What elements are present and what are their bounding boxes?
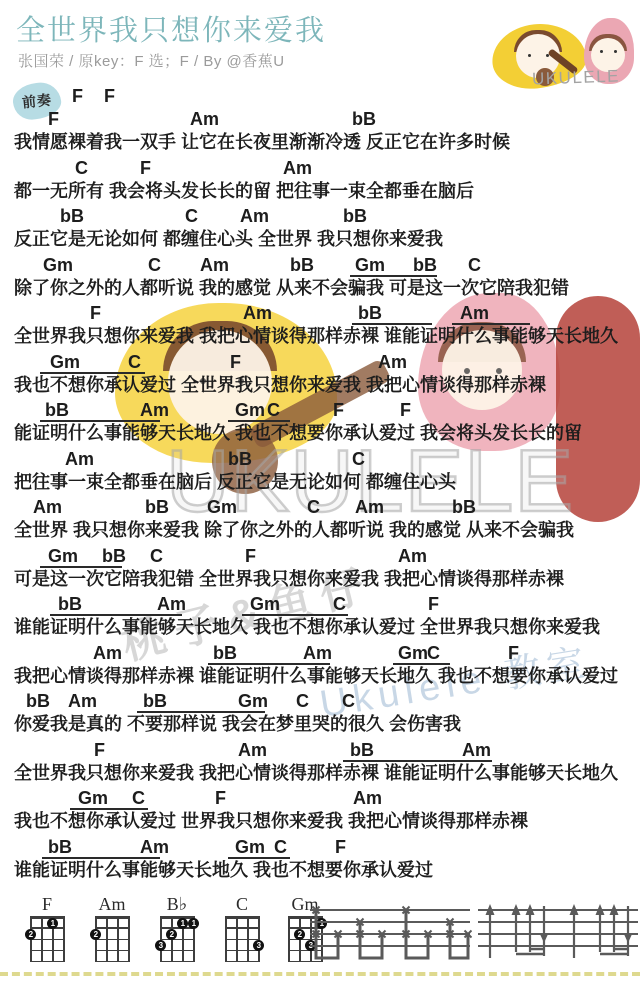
fret-line (95, 950, 129, 952)
chord-label: Gm (238, 690, 268, 712)
chord-label: F (90, 302, 101, 324)
string-line (236, 916, 238, 962)
chord-label: Gm (48, 545, 78, 567)
chord-label: bB (352, 108, 376, 130)
fret-line (225, 927, 259, 929)
chord-label: Am (238, 739, 267, 761)
fret-line (30, 950, 64, 952)
song-line: bBAmGmCF谁能证明什么事能够天长地久 我也不想你承认爱过 全世界我只想你来… (0, 593, 640, 641)
chord-diagram-name: C (225, 894, 259, 915)
chord-label: Gm (235, 399, 265, 421)
song-line: bBAmGmCFF能证明什么事能够天长地久 我也不想要你承认爱过 我会将头发长长… (0, 399, 640, 447)
chord-label: Am (378, 351, 407, 373)
chord-sheet: UKULELE 桃子&鱼仔 Ukulele 教室 全世界我只想你来爱我 张国荣 … (0, 0, 640, 988)
eye-icon (528, 54, 531, 57)
chord-label: Am (460, 302, 489, 324)
fret-line (30, 939, 64, 941)
lyric-line: 我把心情谈得那样赤裸 谁能证明什么事能够天长地久 我也不想要你承认爱过 (14, 664, 618, 689)
chord-label: C (185, 205, 198, 227)
song-line: AmbBGmCAmbB全世界 我只想你来爱我 除了你之外的人都听说 我的感觉 从… (0, 496, 640, 544)
chord-label: F (72, 86, 83, 107)
song-line: FAmbB我情愿裸着我一双手 让它在长夜里渐渐冷透 反正它在许多时候 (0, 108, 640, 156)
fretboard-grid: 12 (30, 916, 64, 962)
chord-label: Am (93, 642, 122, 664)
chord-label: Am (140, 836, 169, 858)
lyric-line: 能证明什么事能够天长地久 我也不想要你承认爱过 我会将头发长长的留 (14, 421, 582, 446)
chord-label: F (104, 86, 115, 107)
string-line (128, 916, 130, 962)
fret-line (225, 916, 259, 919)
fret-line (30, 916, 64, 919)
song-line: FAmbBAm全世界我只想你来爱我 我把心情谈得那样赤裸 谁能证明什么事能够天长… (0, 302, 640, 350)
chord-label: Am (65, 448, 94, 470)
chord-label: F (333, 399, 344, 421)
ukulele-studio-logo: UKULELE (490, 6, 636, 96)
lyric-line: 全世界我只想你来爱我 我把心情谈得那样赤裸 谁能证明什么事能够天长地久 (14, 761, 618, 786)
fret-line (225, 939, 259, 941)
finger-dot: 1 (188, 918, 199, 929)
chord-label: C (75, 157, 88, 179)
chord-label: Gm (398, 642, 428, 664)
lyric-line: 我也不想你承认爱过 全世界我只想你来爱我 我把心情谈得那样赤裸 (14, 373, 546, 398)
chord-label: bB (228, 448, 252, 470)
chord-label: bB (60, 205, 84, 227)
chord-label: F (400, 399, 411, 421)
eye-icon (600, 50, 603, 53)
string-line (258, 916, 260, 962)
song-line: bBAmbBGmCC你爱我是真的 不要那样说 我会在梦里哭的很久 会伤害我 (0, 690, 640, 738)
eye-icon (614, 50, 617, 53)
chord-label: C (150, 545, 163, 567)
chord-label: Am (68, 690, 97, 712)
chord-diagram-name: Am (95, 894, 129, 915)
chord-label: bB (290, 254, 314, 276)
chord-label: Gm (78, 787, 108, 809)
chord-label: C (342, 690, 355, 712)
string-line (160, 916, 162, 962)
chord-label: Gm (235, 836, 265, 858)
chord-label: Am (303, 642, 332, 664)
fret-line (160, 939, 194, 941)
chord-label: bB (213, 642, 237, 664)
lyric-line: 我也不想你承认爱过 世界我只想你来爱我 我把心情谈得那样赤裸 (14, 809, 528, 834)
song-line: GmCFAm我也不想你承认爱过 全世界我只想你来爱我 我把心情谈得那样赤裸 (0, 351, 640, 399)
song-line: FAmbBAm全世界我只想你来爱我 我把心情谈得那样赤裸 谁能证明什么事能够天长… (0, 739, 640, 787)
lyric-line: 反正它是无论如何 都缠住心头 全世界 我只想你来爱我 (14, 227, 443, 252)
fret-line (160, 950, 194, 952)
string-line (41, 916, 43, 962)
lyric-line: 全世界 我只想你来爱我 除了你之外的人都听说 我的感觉 从来不会骗我 (14, 518, 574, 543)
chord-label: Am (33, 496, 62, 518)
chord-label: Am (200, 254, 229, 276)
chord-label: C (468, 254, 481, 276)
lyric-line: 我情愿裸着我一双手 让它在长夜里渐渐冷透 反正它在许多时候 (14, 130, 510, 155)
lyric-line: 可是这一次它陪我犯错 全世界我只想你来爱我 我把心情谈得那样赤裸 (14, 567, 564, 592)
chord-label: F (335, 836, 346, 858)
chord-label: Am (355, 496, 384, 518)
finger-dot: 1 (177, 918, 188, 929)
chord-label: Am (190, 108, 219, 130)
chord-label: bB (413, 254, 437, 276)
lyric-line: 谁能证明什么事能够天长地久 我也不想要你承认爱过 (14, 858, 433, 883)
lyric-line: 全世界我只想你来爱我 我把心情谈得那样赤裸 谁能证明什么事能够天长地久 (14, 324, 618, 349)
chord-label: bB (26, 690, 50, 712)
string-line (225, 916, 227, 962)
chord-label: C (296, 690, 309, 712)
chord-label: C (274, 836, 287, 858)
picking-pattern-tab (308, 900, 472, 966)
chord-label: Am (140, 399, 169, 421)
chord-label: C (333, 593, 346, 615)
lyric-line: 除了你之外的人都听说 我的感觉 从来不会骗我 可是这一次它陪我犯错 (14, 276, 569, 301)
lyric-line: 谁能证明什么事能够天长地久 我也不想你承认爱过 全世界我只想你来爱我 (14, 615, 600, 640)
finger-dot: 1 (47, 918, 58, 929)
chord-label: bB (343, 205, 367, 227)
song-line: GmbBCFAm可是这一次它陪我犯错 全世界我只想你来爱我 我把心情谈得那样赤裸 (0, 545, 640, 593)
fretboard-grid: 1123 (160, 916, 194, 962)
fret-line (95, 939, 129, 941)
strumming-pattern-tab (476, 900, 640, 966)
chord-label: C (427, 642, 440, 664)
chord-label: bB (48, 836, 72, 858)
fret-line (160, 961, 194, 963)
song-line: bBAmGmCF谁能证明什么事能够天长地久 我也不想要你承认爱过 (0, 836, 640, 884)
chord-label: C (307, 496, 320, 518)
string-line (63, 916, 65, 962)
chord-label: Am (398, 545, 427, 567)
fretboard-grid: 2 (95, 916, 129, 962)
chord-label: bB (350, 739, 374, 761)
song-meta: 张国荣 / 原key：F 选；F / By @香蕉U (18, 50, 285, 71)
chord-label: Am (353, 787, 382, 809)
chord-label: F (428, 593, 439, 615)
lyric-line: 把往事一束全都垂在脑后 反正它是无论如何 都缠住心头 (14, 470, 456, 495)
song-line: GmCAmbBGmbBC除了你之外的人都听说 我的感觉 从来不会骗我 可是这一次… (0, 254, 640, 302)
chord-label: F (140, 157, 151, 179)
string-line (247, 916, 249, 962)
chord-diagram-name: B♭ (160, 894, 194, 915)
song-line: bBCAmbB反正它是无论如何 都缠住心头 全世界 我只想你来爱我 (0, 205, 640, 253)
chord-label: C (128, 351, 141, 373)
chord-label: bB (358, 302, 382, 324)
chord-label: bB (452, 496, 476, 518)
fret-line (95, 916, 129, 919)
song-line: AmbBC把往事一束全都垂在脑后 反正它是无论如何 都缠住心头 (0, 448, 640, 496)
chord-label: bB (58, 593, 82, 615)
finger-dot: 3 (253, 940, 264, 951)
chord-label: Gm (43, 254, 73, 276)
fret-line (95, 961, 129, 963)
chord-label: C (148, 254, 161, 276)
chord-label: Am (240, 205, 269, 227)
chord-label: C (267, 399, 280, 421)
chord-label: Am (462, 739, 491, 761)
fret-line (225, 950, 259, 952)
chord-label: Gm (50, 351, 80, 373)
lyric-line: 你爱我是真的 不要那样说 我会在梦里哭的很久 会伤害我 (14, 712, 461, 737)
chord-label: Am (243, 302, 272, 324)
chord-label: Gm (355, 254, 385, 276)
lyric-line: 都一无所有 我会将头发长长的留 把往事一束全都垂在脑后 (14, 179, 474, 204)
chord-label: F (245, 545, 256, 567)
fret-line (30, 927, 64, 929)
chord-label: F (215, 787, 226, 809)
song-line: CFAm都一无所有 我会将头发长长的留 把往事一束全都垂在脑后 (0, 157, 640, 205)
chord-label: Gm (250, 593, 280, 615)
chord-label: Am (283, 157, 312, 179)
string-line (288, 916, 290, 962)
logo-wordmark: UKULELE (532, 66, 621, 89)
fretboard-grid: 3 (225, 916, 259, 962)
chord-label: bB (45, 399, 69, 421)
chord-label: Gm (207, 496, 237, 518)
song-line: GmCFAm我也不想你承认爱过 世界我只想你来爱我 我把心情谈得那样赤裸 (0, 787, 640, 835)
chord-label: F (508, 642, 519, 664)
bottom-dashed-divider (0, 972, 640, 976)
chord-diagram-name: F (30, 894, 64, 915)
chord-label: F (48, 108, 59, 130)
chord-label: C (352, 448, 365, 470)
page-title: 全世界我只想你来爱我 (16, 8, 326, 49)
chord-label: C (132, 787, 145, 809)
fret-line (30, 961, 64, 963)
chord-label: Am (157, 593, 186, 615)
fret-line (225, 961, 259, 963)
chord-label: bB (102, 545, 126, 567)
song-line: AmbBAmGmCF我把心情谈得那样赤裸 谁能证明什么事能够天长地久 我也不想要… (0, 642, 640, 690)
fret-line (95, 927, 129, 929)
chord-label: bB (143, 690, 167, 712)
chord-label: bB (145, 496, 169, 518)
string-line (117, 916, 119, 962)
chord-label: F (230, 351, 241, 373)
chord-label: F (94, 739, 105, 761)
string-line (106, 916, 108, 962)
